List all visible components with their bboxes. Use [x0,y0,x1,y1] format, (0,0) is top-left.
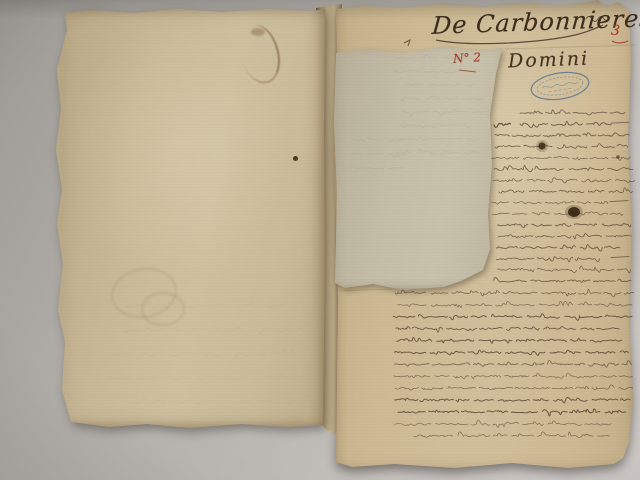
attached-note-paper: N° 2 [333,44,507,292]
left-page [55,8,325,428]
note-number: N° 2 [453,50,482,65]
left-page-paper [55,8,325,428]
note-paper: N° 2 [333,44,507,292]
folio-number: 3 [610,23,620,40]
manuscript-photo: N° 2 De Carbonnieres 3 Domini [0,0,640,480]
bleedthrough-writing [333,44,507,292]
showthrough-writing [55,8,325,428]
